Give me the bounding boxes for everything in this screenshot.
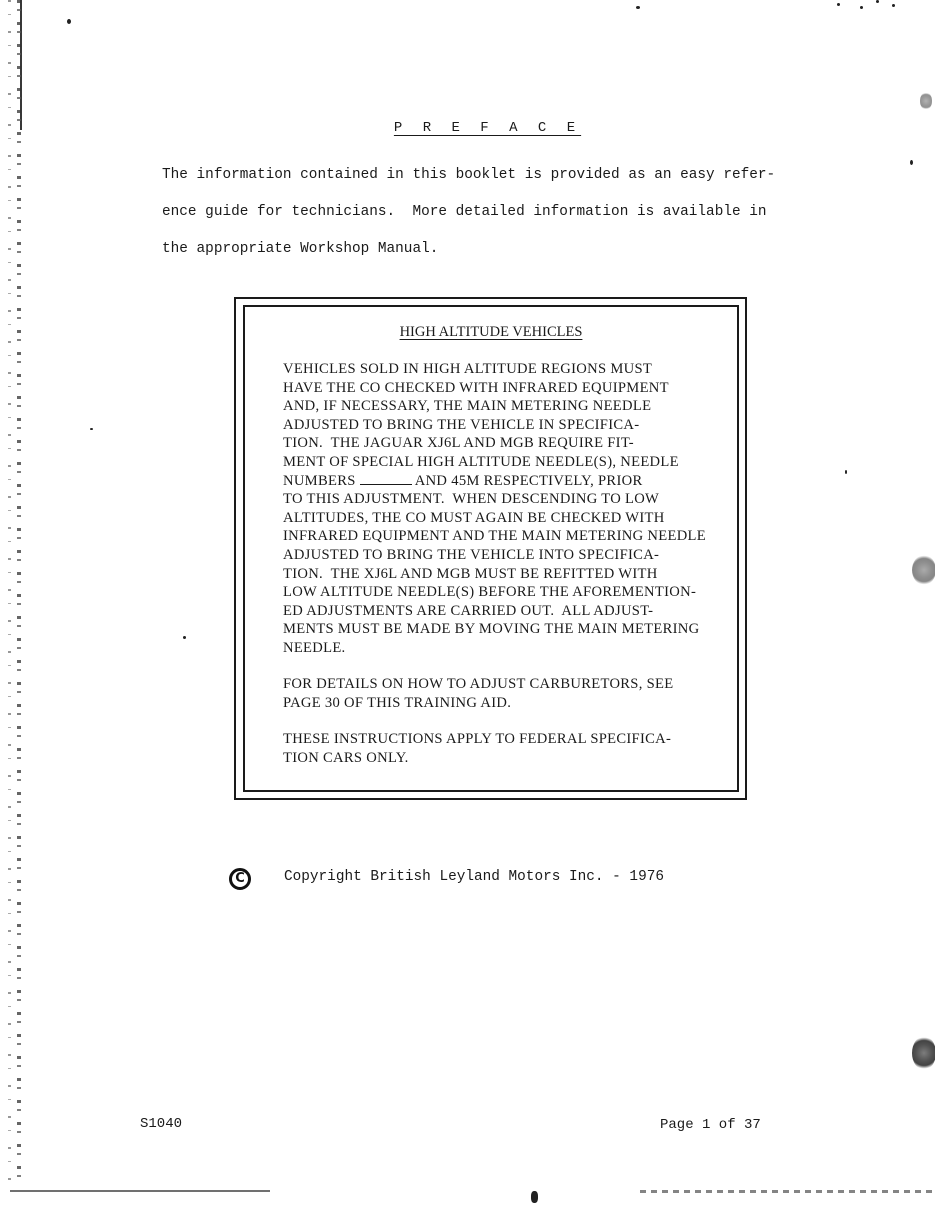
document-number: S1040 xyxy=(140,1116,182,1132)
notice-box-heading-text: HIGH ALTITUDE VEHICLES xyxy=(400,324,583,340)
notice-line: PAGE 30 OF THIS TRAINING AID. xyxy=(283,694,673,713)
page-number: Page 1 of 37 xyxy=(660,1117,761,1133)
notice-line: THESE INSTRUCTIONS APPLY TO FEDERAL SPEC… xyxy=(283,730,671,749)
scan-artifact-left-edge xyxy=(17,0,21,1180)
notice-box-heading: HIGH ALTITUDE VEHICLES xyxy=(243,324,739,341)
intro-line: The information contained in this bookle… xyxy=(162,157,842,194)
needle-line-suffix: AND 45M RESPECTIVELY, PRIOR xyxy=(412,473,643,489)
scanned-document-page: P R E F A C E The information contained … xyxy=(0,0,935,1208)
scan-speck xyxy=(90,428,93,430)
notice-line: HAVE THE CO CHECKED WITH INFRARED EQUIPM… xyxy=(283,379,706,398)
scan-speck xyxy=(183,636,186,639)
needle-line-prefix: NUMBERS xyxy=(283,473,360,489)
needle-number-blank xyxy=(360,472,412,485)
intro-line: the appropriate Workshop Manual. xyxy=(162,231,842,268)
intro-line: ence guide for technicians. More detaile… xyxy=(162,194,842,231)
notice-line: TO THIS ADJUSTMENT. WHEN DESCENDING TO L… xyxy=(283,490,706,509)
copyright-notice: Copyright British Leyland Motors Inc. - … xyxy=(284,869,664,885)
notice-line: MENTS MUST BE MADE BY MOVING THE MAIN ME… xyxy=(283,620,706,639)
notice-line: ADJUSTED TO BRING THE VEHICLE IN SPECIFI… xyxy=(283,416,706,435)
scan-speck xyxy=(860,6,863,9)
notice-line: TION CARS ONLY. xyxy=(283,749,671,768)
page-title: P R E F A C E xyxy=(0,120,935,136)
notice-paragraph-carburetor-reference: FOR DETAILS ON HOW TO ADJUST CARBURETORS… xyxy=(283,675,673,712)
notice-line: AND, IF NECESSARY, THE MAIN METERING NEE… xyxy=(283,397,706,416)
notice-line: ALTITUDES, THE CO MUST AGAIN BE CHECKED … xyxy=(283,509,706,528)
notice-line: NEEDLE. xyxy=(283,639,706,658)
notice-line: ADJUSTED TO BRING THE VEHICLE INTO SPECI… xyxy=(283,546,706,565)
scan-speck xyxy=(67,19,71,24)
notice-line: FOR DETAILS ON HOW TO ADJUST CARBURETORS… xyxy=(283,675,673,694)
notice-line: MENT OF SPECIAL HIGH ALTITUDE NEEDLE(S),… xyxy=(283,453,706,472)
intro-paragraph: The information contained in this bookle… xyxy=(162,157,842,268)
notice-line: ED ADJUSTMENTS ARE CARRIED OUT. ALL ADJU… xyxy=(283,602,706,621)
notice-line: VEHICLES SOLD IN HIGH ALTITUDE REGIONS M… xyxy=(283,360,706,379)
notice-line: LOW ALTITUDE NEEDLE(S) BEFORE THE AFOREM… xyxy=(283,583,706,602)
scan-artifact-bottom-right xyxy=(640,1190,935,1193)
scan-speck xyxy=(876,0,879,3)
scan-speck xyxy=(837,3,840,6)
notice-line-needle-numbers: NUMBERS AND 45M RESPECTIVELY, PRIOR xyxy=(283,472,706,491)
notice-paragraph-federal-spec: THESE INSTRUCTIONS APPLY TO FEDERAL SPEC… xyxy=(283,730,671,767)
scan-speck xyxy=(636,6,640,9)
notice-paragraph-high-altitude: VEHICLES SOLD IN HIGH ALTITUDE REGIONS M… xyxy=(283,360,706,658)
scan-speck xyxy=(531,1191,538,1203)
copyright-icon: C xyxy=(229,868,251,890)
scan-mark xyxy=(920,92,932,110)
notice-line: INFRARED EQUIPMENT AND THE MAIN METERING… xyxy=(283,527,706,546)
page-title-text: P R E F A C E xyxy=(394,120,581,136)
scan-artifact-left-edge-secondary xyxy=(8,0,11,1180)
scan-hole-punch-mark xyxy=(912,555,935,585)
notice-line: TION. THE XJ6L AND MGB MUST BE REFITTED … xyxy=(283,565,706,584)
scan-artifact-bottom-left xyxy=(10,1190,270,1192)
scan-hole-punch-mark xyxy=(912,1036,935,1070)
scan-speck xyxy=(845,470,847,474)
notice-line: TION. THE JAGUAR XJ6L AND MGB REQUIRE FI… xyxy=(283,434,706,453)
scan-speck xyxy=(892,4,895,7)
scan-speck xyxy=(910,160,913,165)
